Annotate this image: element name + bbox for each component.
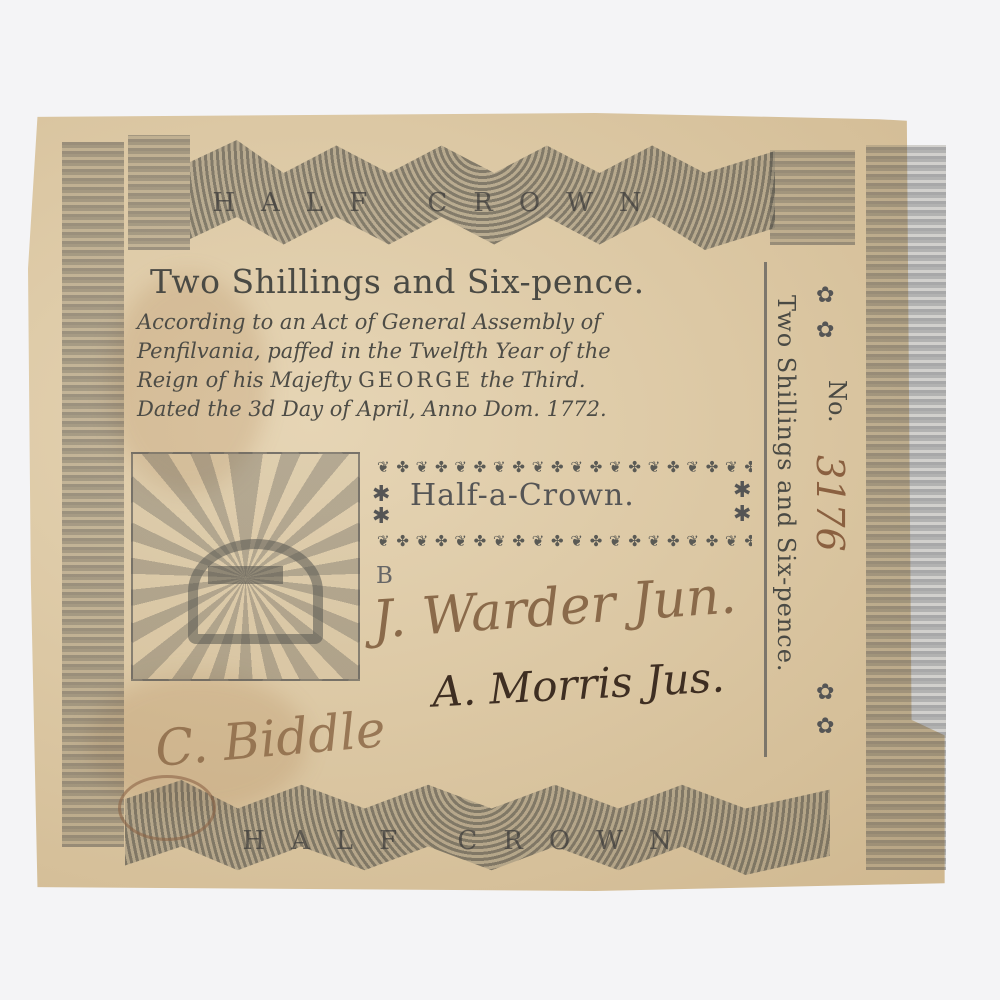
left-border-band [62, 142, 124, 847]
top-right-corner-block [770, 150, 855, 245]
vertical-divider [764, 262, 767, 757]
bottom-band-text: HALF CROWN [150, 826, 790, 856]
half-crown-label: Half-a-Crown. [410, 478, 635, 513]
coat-of-arms-engraving [131, 452, 360, 681]
act-line-1: According to an Act of General Assembly … [137, 308, 777, 337]
right-border-band [866, 145, 946, 870]
flower-ornament-icon: ✿ [816, 680, 834, 706]
flower-ornament-icon: ✿ [816, 714, 834, 740]
act-line-2: Penfilvania, paffed in the Twelfth Year … [137, 337, 777, 366]
number-label: No. [823, 380, 851, 423]
flower-ornament-icon: ✿ [816, 283, 834, 309]
star-ornament-icon: ✱ [372, 504, 390, 530]
act-line-3-pre: Reign of his Majefty [137, 368, 351, 392]
fleuron-border-top: ❦ ✤ ❦ ✤ ❦ ✤ ❦ ✤ ❦ ✤ ❦ ✤ ❦ ✤ ❦ ✤ ❦ ✤ ❦ ✤ … [377, 458, 752, 474]
serial-number: 3176 [808, 455, 852, 552]
signature-flourish [118, 775, 216, 841]
fleuron-border-bottom: ❦ ✤ ❦ ✤ ❦ ✤ ❦ ✤ ❦ ✤ ❦ ✤ ❦ ✤ ❦ ✤ ❦ ✤ ❦ ✤ … [377, 532, 752, 548]
star-ornament-icon: ✱ [733, 478, 751, 504]
denomination-heading: Two Shillings and Six-pence. [150, 262, 730, 301]
act-line-3: Reign of his Majefty GEORGE the Third. [137, 366, 777, 395]
crest-shield [188, 539, 323, 644]
king-name: GEORGE [358, 368, 473, 392]
act-line-3-post: the Third. [480, 368, 585, 392]
crest-bar [208, 566, 283, 584]
act-line-4: Dated the 3d Day of April, Anno Dom. 177… [137, 395, 777, 424]
vertical-denomination-text: Two Shillings and Six-pence. [772, 295, 800, 673]
act-text: According to an Act of General Assembly … [137, 308, 777, 424]
top-band-text: HALF CROWN [120, 188, 760, 218]
star-ornament-icon: ✱ [733, 502, 751, 528]
plate-letter: B [376, 563, 393, 589]
flower-ornament-icon: ✿ [816, 318, 834, 344]
